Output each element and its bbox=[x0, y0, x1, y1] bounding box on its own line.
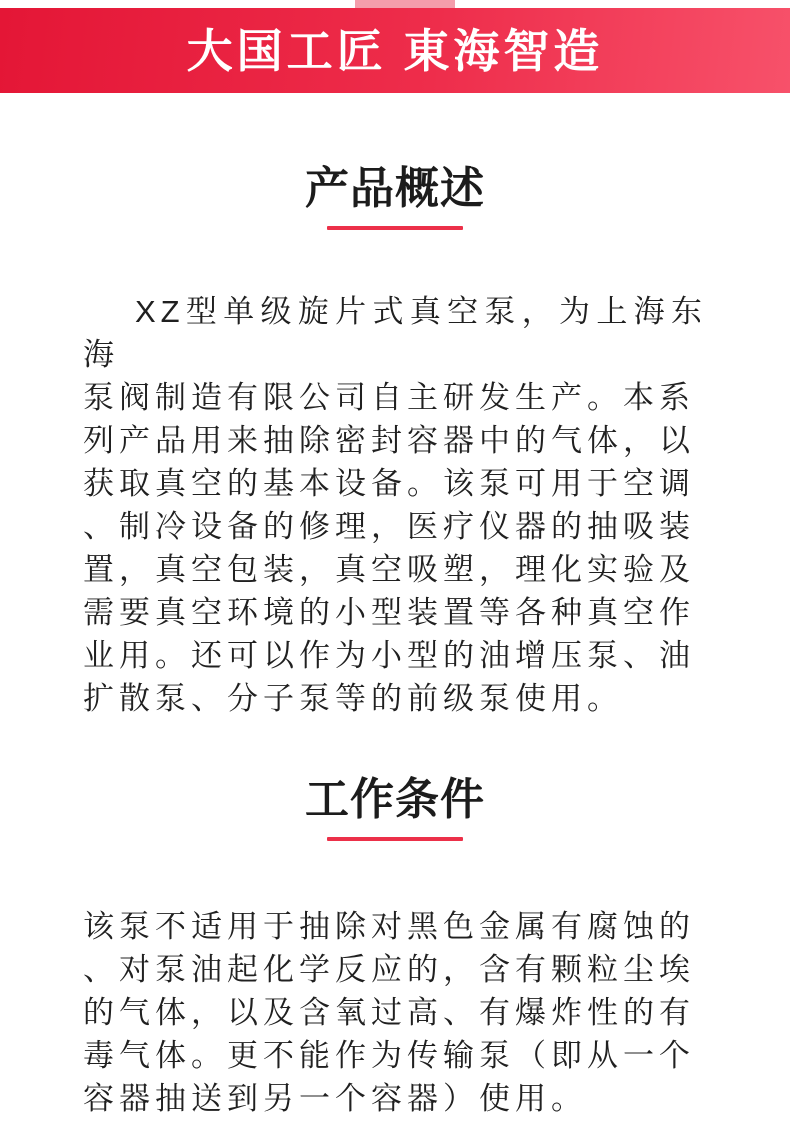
banner-top-notch bbox=[355, 0, 455, 8]
section-working-conditions: 工作条件 该泵不适用于抽除对黑色金属有腐蚀的 、对泵油起化学反应的，含有颗粒尘埃… bbox=[0, 778, 790, 1120]
working-conditions-paragraph: 该泵不适用于抽除对黑色金属有腐蚀的 、对泵油起化学反应的，含有颗粒尘埃 的气体，… bbox=[83, 905, 707, 1120]
title-underline bbox=[327, 226, 463, 230]
working-conditions-title: 工作条件 bbox=[0, 778, 790, 822]
product-overview-title: 产品概述 bbox=[0, 167, 790, 211]
section-product-overview: 产品概述 XZ型单级旋片式真空泵，为上海东海 泵阀制造有限公司自主研发生产。本系… bbox=[0, 167, 790, 720]
brand-banner: 大国工匠 東海智造 bbox=[0, 8, 790, 93]
top-white-strip bbox=[0, 0, 790, 8]
product-detail-page: 大国工匠 東海智造 产品概述 XZ型单级旋片式真空泵，为上海东海 泵阀制造有限公… bbox=[0, 0, 790, 1129]
product-overview-paragraph: XZ型单级旋片式真空泵，为上海东海 泵阀制造有限公司自主研发生产。本系 列产品用… bbox=[83, 290, 707, 720]
banner-title: 大国工匠 東海智造 bbox=[187, 28, 604, 74]
title-underline bbox=[327, 837, 463, 841]
